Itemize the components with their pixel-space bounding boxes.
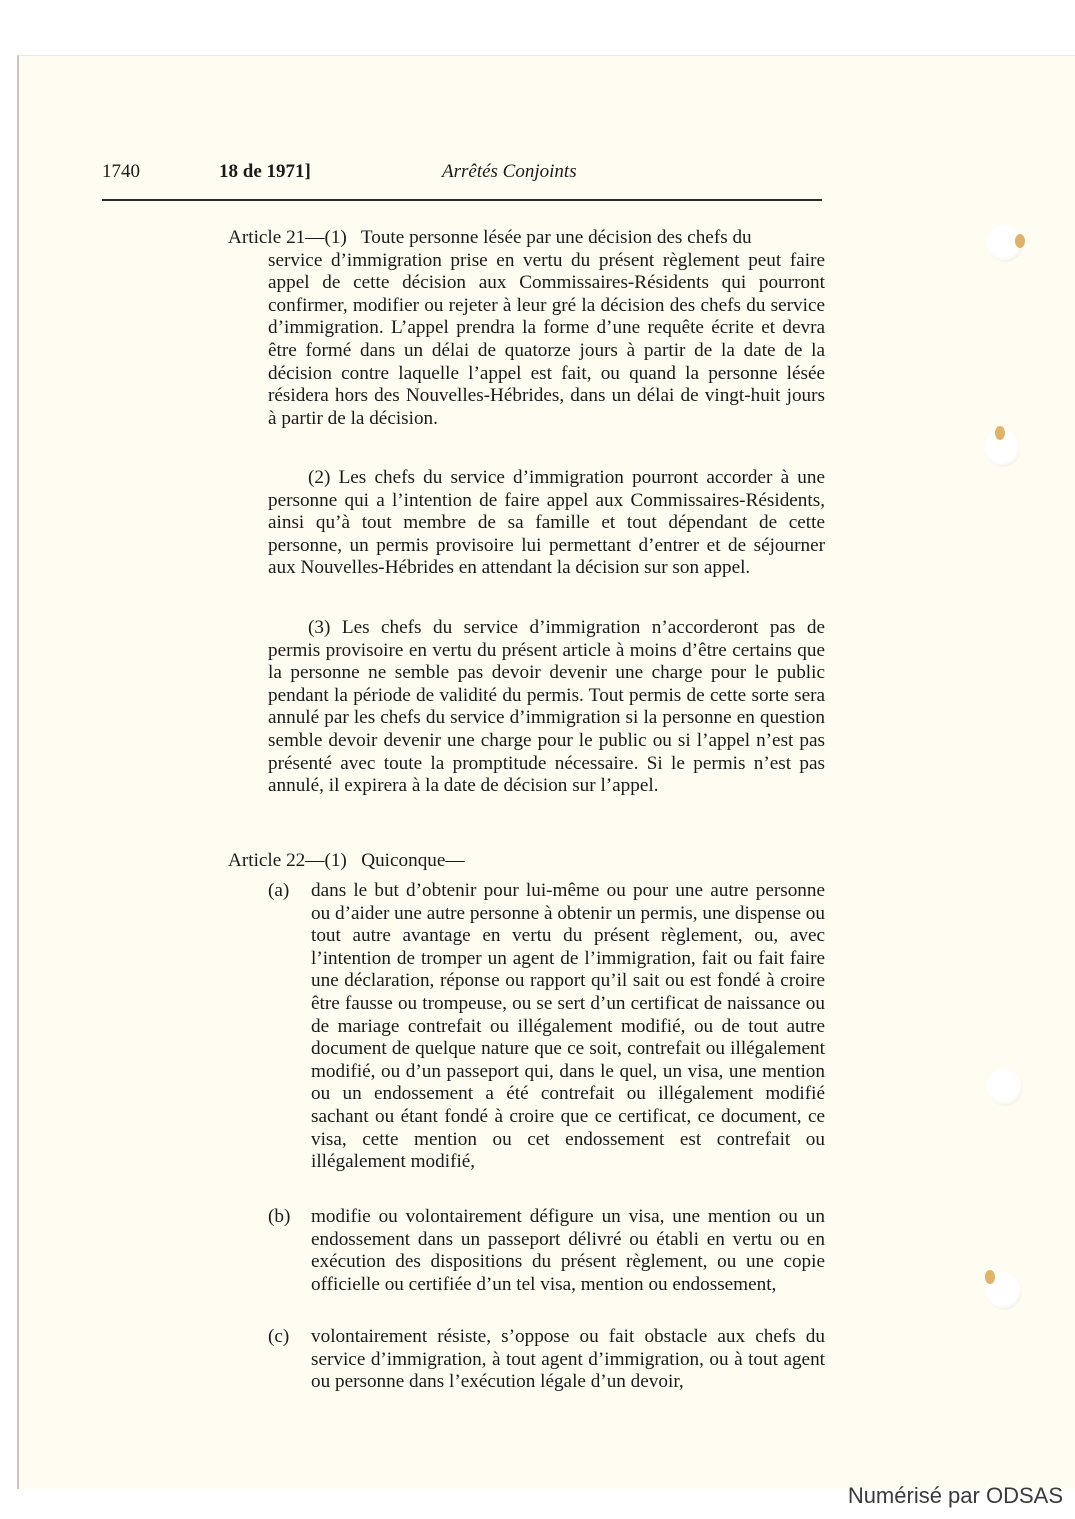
item-label: (a) (268, 880, 289, 903)
punch-hole-icon (986, 1272, 1022, 1310)
article-22-heading: Article 22—(1) Quiconque— (228, 850, 825, 873)
running-title: Arrêtés Conjoints (442, 161, 577, 183)
article-22-item-b: (b) modifie ou volontairement défigure u… (268, 1206, 825, 1296)
article-21-heading-line: Article 21—(1) Toute personne lésée par … (228, 227, 825, 250)
header-rule (102, 199, 822, 201)
page-number: 1740 (102, 161, 140, 183)
publication-reference: 18 de 1971] (219, 161, 311, 183)
page-header: 1740 18 de 1971] Arrêtés Conjoints (102, 161, 822, 185)
article-21-paragraph-1: Article 21—(1) Toute personne lésée par … (228, 227, 825, 430)
item-label: (b) (268, 1206, 290, 1229)
article-21-paragraph-1-body: service d’immigration prise en vertu du … (228, 250, 825, 431)
article-22-item-c: (c) volontairement résiste, s’oppose ou … (268, 1326, 825, 1394)
article-22-item-a: (a) dans le but d’obtenir pour lui-même … (268, 880, 825, 1174)
punch-hole-icon (987, 1068, 1023, 1106)
article-21-paragraph-3: (3) Les chefs du service d’immigration n… (268, 617, 825, 798)
digitization-stamp: Numérisé par ODSAS (848, 1483, 1063, 1509)
item-text: volontairement résiste, s’oppose ou fait… (311, 1326, 825, 1394)
item-text: dans le but d’obtenir pour lui-même ou p… (311, 880, 825, 1174)
article-21-paragraph-2: (2) Les chefs du service d’immigration p… (268, 467, 825, 580)
item-label: (c) (268, 1326, 289, 1349)
punch-hole-icon (985, 429, 1021, 467)
punch-hole-icon (987, 224, 1023, 262)
item-text: modifie ou volontairement défigure un vi… (311, 1206, 825, 1296)
